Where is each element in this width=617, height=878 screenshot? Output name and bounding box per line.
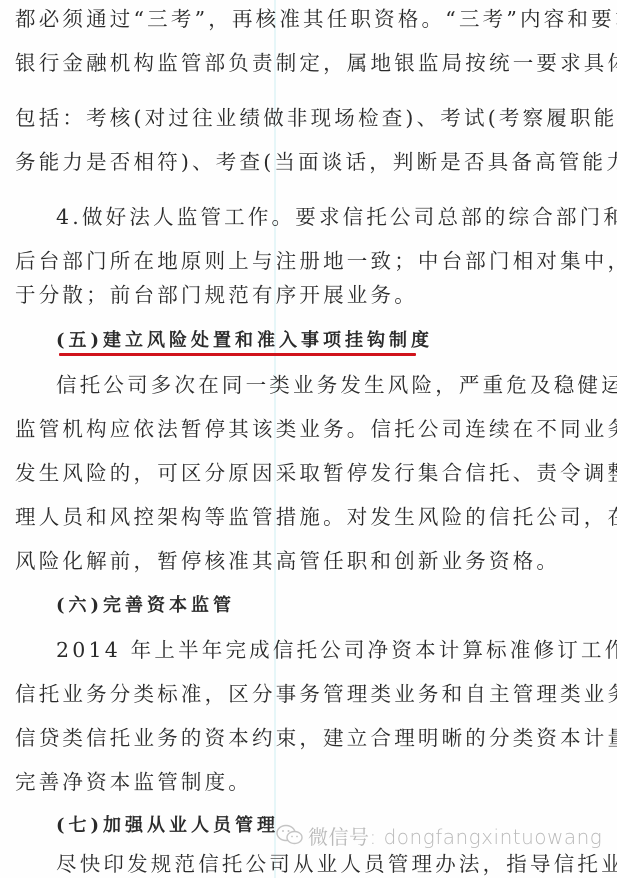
text-line: 后台部门所在地原则上与注册地一致；中台部门相对集中，不能过	[15, 247, 605, 275]
text-line: 4.做好法人监管工作。要求信托公司总部的综合部门和业务	[56, 203, 617, 231]
text-line: 信贷类信托业务的资本约束，建立合理明晰的分类资本计量方法，	[15, 724, 605, 752]
text-line: 都必须通过“三考”，再核准其任职资格。“三考”内容和要求，由非	[15, 5, 605, 33]
section-heading-5: (五)建立风险处置和准入事项挂钩制度	[56, 327, 617, 355]
text-line: 尽快印发规范信托公司从业人员管理办法，指导信托业协会	[56, 850, 617, 878]
text-line: 2014 年上半年完成信托公司净资本计算标准修订工作，调整	[56, 636, 617, 664]
text-line: 风险化解前，暂停核准其高管任职和创新业务资格。	[15, 547, 605, 575]
text-line: 务能力是否相符)、考查(当面谈话，判断是否具备高管能力)。	[15, 148, 605, 176]
text-line: 信托公司多次在同一类业务发生风险，严重危及稳健运行的，	[56, 371, 617, 399]
wechat-icon	[276, 824, 304, 846]
text-line: 理人员和风控架构等监管措施。对发生风险的信托公司，在实现	[15, 503, 605, 531]
text-line: 于分散；前台部门规范有序开展业务。	[15, 281, 605, 309]
watermark-text: 微信号: dongfangxintuowang	[308, 821, 602, 850]
document-page: 都必须通过“三考”，再核准其任职资格。“三考”内容和要求，由非 银行金融机构监管…	[0, 0, 617, 878]
section-heading-6: (六)完善资本监管	[56, 592, 617, 620]
text-line: 信托业务分类标准，区分事务管理类业务和自主管理类业务，强化	[15, 680, 605, 708]
text-line: 完善净资本监管制度。	[15, 768, 605, 796]
text-line: 发生风险的，可区分原因采取暂停发行集合信托、责令调整高级管	[15, 459, 605, 487]
text-line: 包括：考核(对过往业绩做非现场检查)、考试(考察履职能力和业	[15, 104, 605, 132]
wechat-watermark: 微信号: dongfangxintuowang	[276, 820, 602, 850]
text-line: 银行金融机构监管部负责制定，属地银监局按统一要求具体实施。	[15, 49, 605, 77]
red-highlight-underline	[59, 353, 416, 356]
text-line: 监管机构应依法暂停其该类业务。信托公司连续在不同业务领域	[15, 415, 605, 443]
